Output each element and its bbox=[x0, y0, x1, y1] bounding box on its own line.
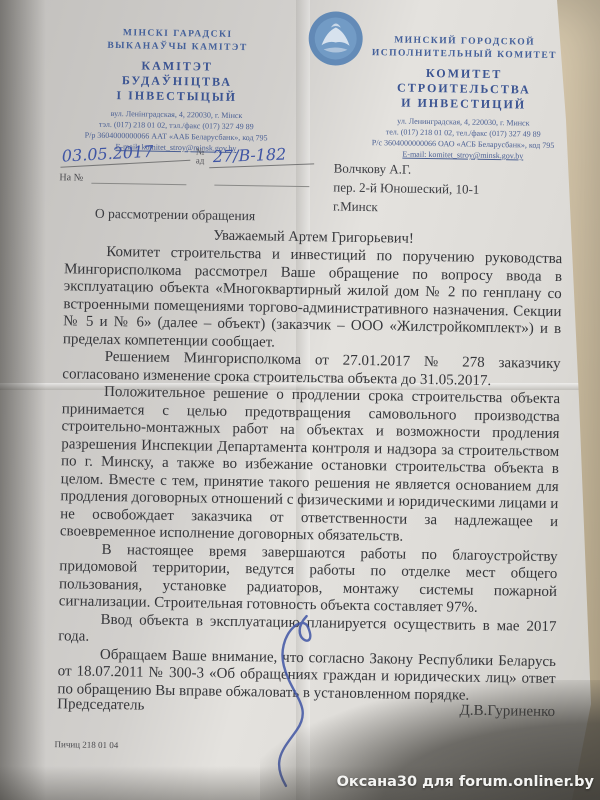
blank-line-1 bbox=[91, 173, 186, 185]
committee-line3-ru: И ИНВЕСТИЦИЙ bbox=[350, 95, 578, 114]
paragraph-1: Комитет строительства и инвестиций по по… bbox=[63, 243, 563, 356]
addressee-block: Волчкову А.Г. пер. 2-й Юношеский, 10-1 г… bbox=[333, 159, 564, 220]
ad-label: ад bbox=[196, 156, 205, 165]
watermark-credit: Оксана30 для forum.onliner.by bbox=[337, 774, 594, 790]
subject-line: О рассмотрении обращения bbox=[95, 206, 255, 225]
header-russian: МИНСКИЙ ГОРОДСКОЙ ИСПОЛНИТЕЛЬНЫЙ КОМИТЕТ… bbox=[349, 34, 579, 163]
blank-line-2 bbox=[214, 175, 309, 187]
handwritten-ref-number: 27/В-182 bbox=[208, 143, 314, 168]
na-number-label: На № bbox=[59, 172, 83, 183]
reference-block: 03.05.2017 № ад 27/В-182 На № bbox=[59, 142, 340, 187]
header-belarusian: МІНСКІ ГАРАДСКІ ВЫКАНАЎЧЫ КАМІТЭТ КАМІТЭ… bbox=[56, 26, 298, 155]
left-edge-shadow bbox=[0, 0, 46, 800]
photo-background: МІНСКІ ГАРАДСКІ ВЫКАНАЎЧЫ КАМІТЭТ КАМІТЭ… bbox=[0, 0, 600, 800]
addressee-city: г.Минск bbox=[333, 196, 563, 219]
paragraph-4: В настоящее время завершаются работы по … bbox=[59, 541, 558, 619]
paragraph-3: Положительное решение о продлении срока … bbox=[60, 383, 560, 548]
executor-line: Пичиц 218 01 04 bbox=[54, 739, 118, 750]
handwritten-date: 03.05.2017 bbox=[59, 140, 190, 168]
signer-position: Председатель bbox=[57, 696, 144, 714]
committee-line3-by: І ІНВЕСТЫЦЫЙ bbox=[57, 87, 297, 106]
